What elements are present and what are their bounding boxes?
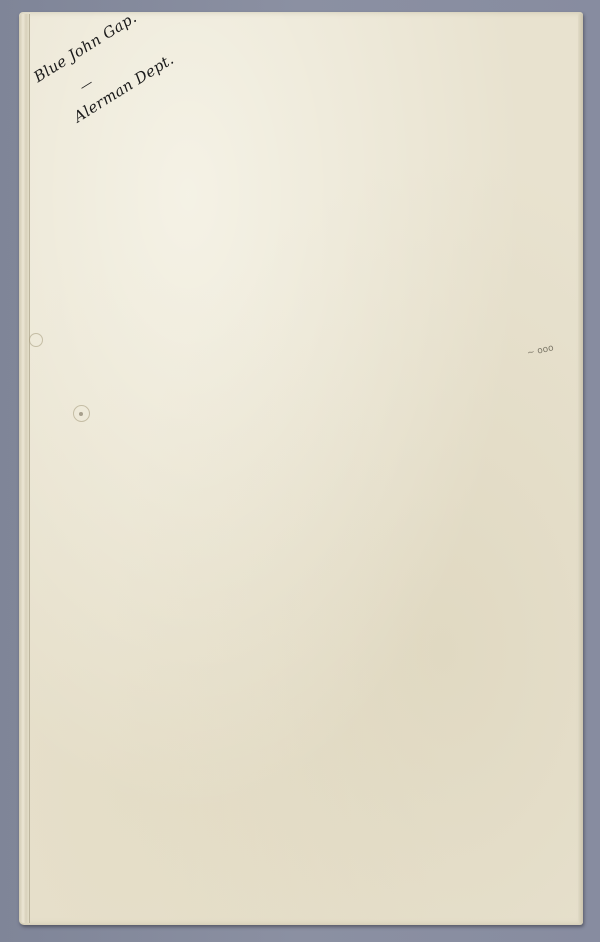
cover-right-edge	[578, 14, 583, 923]
punch-hole-mark	[73, 405, 90, 422]
cover-spine	[19, 14, 30, 923]
document-cover	[19, 12, 583, 925]
stain-mark	[29, 333, 43, 347]
